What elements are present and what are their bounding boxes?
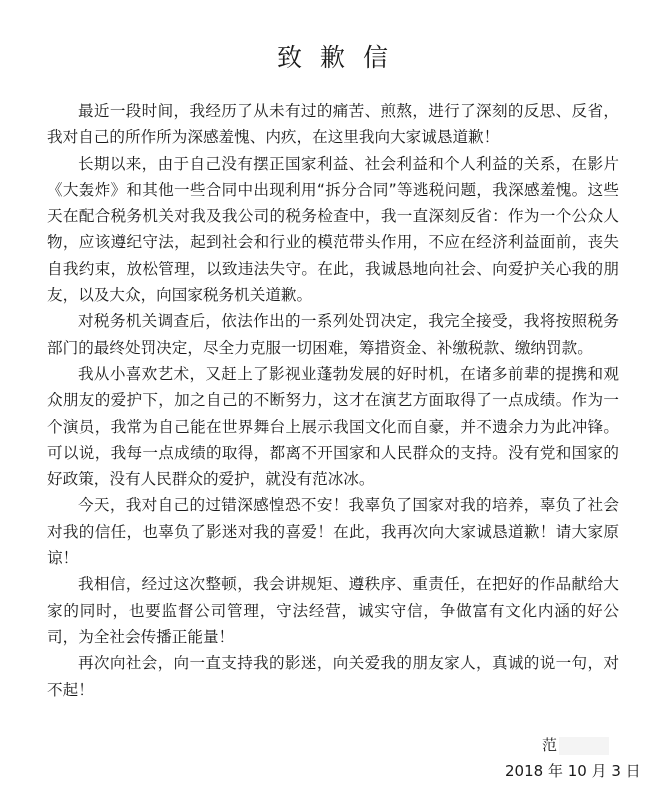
letter-date: 2018 年 10 月 3 日 xyxy=(505,760,641,781)
paragraph-2: 长期以来，由于自己没有摆正国家利益、社会利益和个人利益的关系，在影片《大轰炸》和… xyxy=(47,151,619,309)
paragraph-7: 再次向社会，向一直支持我的影迷，向关爱我的朋友家人，真诚的说一句，对不起！ xyxy=(47,650,619,703)
paragraph-4: 我从小喜欢艺术，又赶上了影视业蓬勃发展的好时机，在诸多前辈的提携和观众朋友的爱护… xyxy=(47,361,619,492)
signature-obscured-region xyxy=(559,737,609,755)
paragraph-1: 最近一段时间，我经历了从未有过的痛苦、煎熬，进行了深刻的反思、反省，我对自己的所… xyxy=(47,98,619,151)
paragraph-5: 今天，我对自己的过错深感惶恐不安！我辜负了国家对我的培养，辜负了社会对我的信任，… xyxy=(47,492,619,571)
signature: 范 xyxy=(542,734,609,755)
letter-title: 致歉信 xyxy=(0,38,665,74)
paragraph-3: 对税务机关调查后，依法作出的一系列处罚决定，我完全接受，我将按照税务部门的最终处… xyxy=(47,308,619,361)
signature-text: 范 xyxy=(542,736,557,754)
letter-body: 最近一段时间，我经历了从未有过的痛苦、煎熬，进行了深刻的反思、反省，我对自己的所… xyxy=(47,98,619,703)
paragraph-6: 我相信，经过这次整顿，我会讲规矩、遵秩序、重责任，在把好的作品献给大家的同时，也… xyxy=(47,571,619,650)
